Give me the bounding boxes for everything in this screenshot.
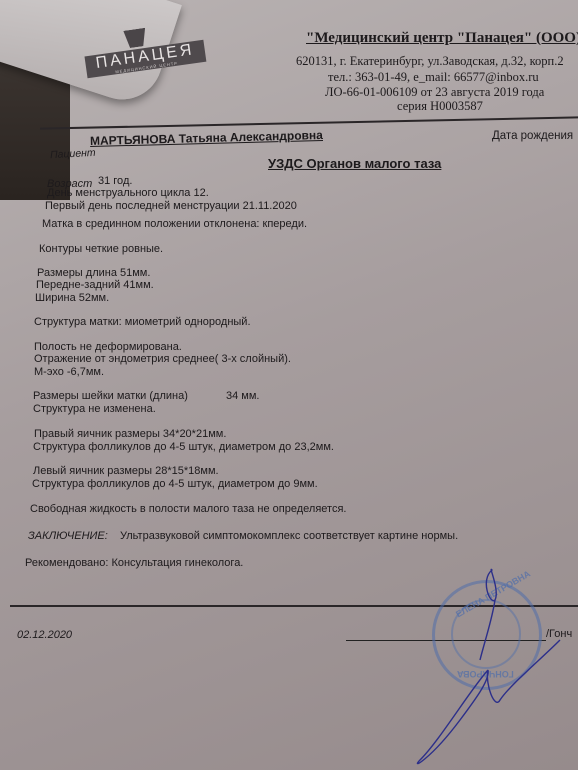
patient-label: Пациент [50, 147, 96, 161]
finding-free-fluid: Свободная жидкость в полости малого таза… [30, 503, 346, 515]
finding-position: Матка в срединном положении отклонена: к… [42, 218, 307, 230]
patient-name: МАРТЬЯНОВА Татьяна Александровна [90, 128, 323, 148]
org-address: 620131, г. Екатеринбург, ул.Заводская, д… [296, 54, 564, 69]
last-period: Первый день последней менструации 21.11.… [45, 200, 297, 212]
org-contacts: тел.: 363-01-49, e_mail: 66577@inbox.ru [328, 70, 539, 85]
report-date: 02.12.2020 [17, 629, 72, 641]
clinic-logo: ПАНАЦЕЯ МЕДИЦИНСКИЙ ЦЕНТР [84, 40, 207, 86]
cycle-day: День менструального цикла 12. [47, 187, 209, 199]
finding-contours: Контуры четкие ровные. [39, 243, 163, 255]
org-license: ЛО-66-01-006109 от 23 августа 2019 года [325, 85, 544, 100]
signature-scribble [400, 560, 578, 770]
finding-left-ovary: Левый яичник размеры 28*15*18мм. [33, 465, 219, 477]
logo-emblem-icon [123, 28, 147, 49]
finding-cervix-value: 34 мм. [226, 390, 259, 402]
dob-label: Дата рождения [492, 130, 573, 142]
age-value: 31 год. [98, 175, 132, 187]
org-series: серия Н0003587 [397, 99, 483, 114]
conclusion-label: ЗАКЛЮЧЕНИЕ: [28, 530, 108, 542]
conclusion-text: Ультразвуковой симптомокомплекс соответс… [120, 530, 458, 542]
finding-right-ovary: Правый яичник размеры 34*20*21мм. [34, 428, 226, 440]
finding-ap: Передне-задний 41мм. [36, 279, 154, 291]
finding-length: Размеры длина 51мм. [37, 267, 150, 279]
finding-cavity: Полость не деформирована. [34, 341, 182, 353]
finding-right-follicles: Структура фолликулов до 4-5 штук, диамет… [33, 441, 334, 453]
finding-cervix-label: Размеры шейки матки (длина) [33, 390, 188, 402]
finding-left-follicles: Структура фолликулов до 4-5 штук, диамет… [32, 478, 318, 490]
finding-structure: Структура матки: миометрий однородный. [34, 316, 251, 328]
finding-endometrium: Отражение от эндометрия среднее( 3-х сло… [34, 353, 291, 365]
org-name: "Медицинский центр "Панацея" (ООО) [306, 30, 578, 47]
finding-width: Ширина 52мм. [35, 292, 109, 304]
finding-m-echo: М-эхо -6,7мм. [34, 366, 104, 378]
header-divider [40, 116, 578, 129]
recommendation: Рекомендовано: Консультация гинеколога. [25, 557, 243, 569]
document-page: ПАНАЦЕЯ МЕДИЦИНСКИЙ ЦЕНТР "Медицинский ц… [0, 0, 578, 770]
finding-cervix-structure: Структура не изменена. [33, 403, 156, 415]
exam-title: УЗДС Органов малого таза [268, 156, 441, 171]
